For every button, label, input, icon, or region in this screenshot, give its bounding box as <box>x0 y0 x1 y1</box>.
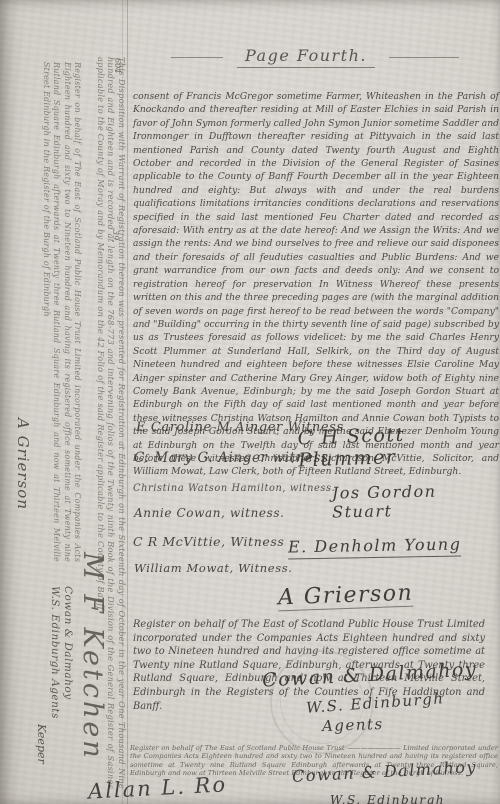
margin-register-note: Register on behalf of The East of Scotla… <box>30 62 82 562</box>
stuart-signature: Jos Gordon Stuart <box>332 481 500 522</box>
page-title: Page Fourth. <box>237 46 375 68</box>
grierson-signature: A Grierson <box>278 581 414 612</box>
title-rule-left <box>171 57 223 58</box>
margin-folio-number: 604 <box>112 58 122 82</box>
title-rule-right <box>389 57 459 58</box>
footer-agents-designation: W.S. Edinburgh <box>330 793 445 804</box>
margin-page-number: 39. <box>110 230 120 250</box>
title-row: Page Fourth. <box>132 46 498 68</box>
keeper-signature: M F Ketchen <box>36 552 108 770</box>
witness-signature: Christina Watson Hamilton, witness. <box>133 483 335 494</box>
margin-rule-inner <box>127 0 128 804</box>
document-scan-page: { "title": { "text": "Page Fourth." }, "… <box>0 0 500 804</box>
margin-grierson-signature: A Grierson <box>10 418 32 536</box>
agents-signature-role: Agents <box>322 715 384 735</box>
witness-signature: Annie Cowan, witness. <box>134 506 285 520</box>
witness-signature: William Mowat, Witness. <box>134 561 292 575</box>
plummer-signature: C H Scott Plummer <box>297 420 500 471</box>
witness-signature: C R McVittie, Witness <box>133 534 284 549</box>
young-signature: E. Denholm Young <box>288 534 462 559</box>
